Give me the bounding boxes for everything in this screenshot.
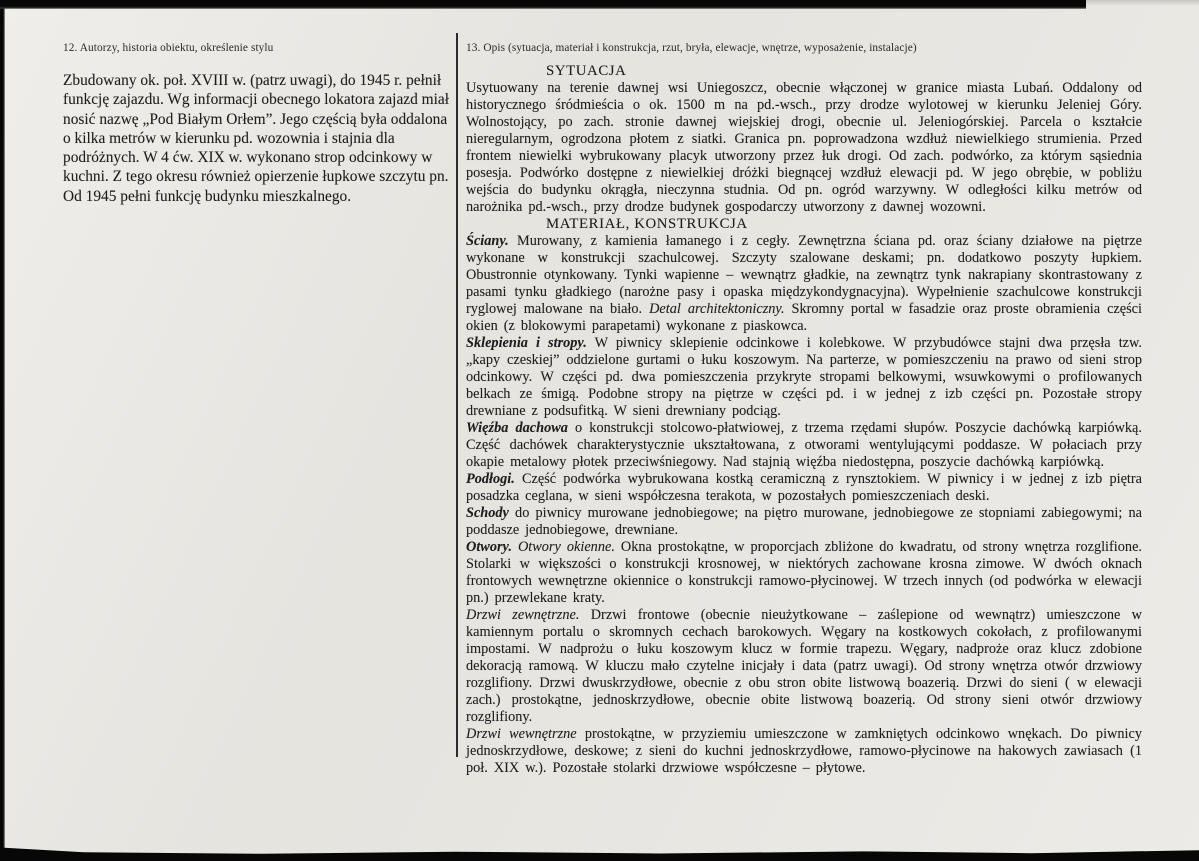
paragraph-text: do piwnicy murowane jednobiegowe; na pię… bbox=[466, 505, 1142, 538]
paragraph-lead-term: Ściany. bbox=[466, 233, 509, 249]
section-13-body: SYTUACJAUsytuowany na terenie dawnej wsi… bbox=[466, 63, 1142, 777]
paragraph-text: Drzwi frontowe (obecnie nieużytkowane – … bbox=[466, 607, 1142, 725]
body-paragraph: Drzwi wewnętrzne prostokątne, w przyziem… bbox=[466, 726, 1142, 777]
section-12-authors-history: 12. Autorzy, historia obiektu, określeni… bbox=[63, 42, 449, 206]
body-paragraph: Drzwi zewnętrzne. Drzwi frontowe (obecni… bbox=[466, 607, 1142, 726]
paragraph-lead-term: Detal architektoniczny. bbox=[649, 301, 784, 317]
scan-edge-left bbox=[0, 0, 5, 861]
paragraph-lead-term: Drzwi wewnętrzne bbox=[466, 726, 577, 742]
paragraph-lead-term: Więźba dachowa bbox=[466, 420, 568, 436]
scan-edge-top-right bbox=[1086, 0, 1199, 6]
paragraph-text: Usytuowany na terenie dawnej wsi Uniegos… bbox=[466, 80, 1142, 215]
paragraph-text: o konstrukcji stolcowo-płatwiowej, z trz… bbox=[466, 420, 1142, 470]
scanned-document-page: 12. Autorzy, historia obiektu, określeni… bbox=[0, 0, 1199, 861]
section-13-header: 13. Opis (sytuacja, materiał i konstrukc… bbox=[466, 42, 1142, 54]
paragraph-lead-term: Podłogi. bbox=[466, 471, 515, 487]
paragraph-lead-term: Drzwi zewnętrzne. bbox=[466, 607, 579, 623]
body-paragraph: Schody do piwnicy murowane jednobiegowe;… bbox=[466, 505, 1142, 539]
section-13-description: 13. Opis (sytuacja, materiał i konstrukc… bbox=[466, 42, 1142, 777]
paragraph-lead-term: Schody bbox=[466, 505, 509, 521]
body-paragraph: Podłogi. Część podwórka wybrukowana kost… bbox=[466, 471, 1142, 505]
section-12-header: 12. Autorzy, historia obiektu, określeni… bbox=[63, 42, 449, 54]
section-12-paragraph: Zbudowany ok. poł. XVIII w. (patrz uwagi… bbox=[63, 71, 449, 206]
body-paragraph: Usytuowany na terenie dawnej wsi Uniegos… bbox=[466, 80, 1142, 216]
paragraph-text: Część podwórka wybrukowana kostką cerami… bbox=[466, 471, 1142, 504]
scan-edge-bottom bbox=[0, 846, 1199, 861]
section-heading: MATERIAŁ, KONSTRUKCJA bbox=[466, 216, 1142, 233]
body-paragraph: Ściany. Murowany, z kamienia łamanego i … bbox=[466, 233, 1142, 335]
paragraph-lead-term: Sklepienia i stropy. bbox=[466, 335, 587, 351]
paragraph-lead-term: Otwory. bbox=[466, 539, 512, 555]
section-heading: SYTUACJA bbox=[466, 63, 1142, 80]
body-paragraph: Otwory. Otwory okienne. Okna prostokątne… bbox=[466, 539, 1142, 607]
body-paragraph: Więźba dachowa o konstrukcji stolcowo-pł… bbox=[466, 420, 1142, 471]
scan-edge-top bbox=[0, 0, 1086, 9]
paragraph-lead-term: Otwory okienne. bbox=[512, 539, 615, 555]
body-paragraph: Sklepienia i stropy. W piwnicy sklepieni… bbox=[466, 335, 1142, 420]
column-divider-line bbox=[456, 33, 458, 757]
